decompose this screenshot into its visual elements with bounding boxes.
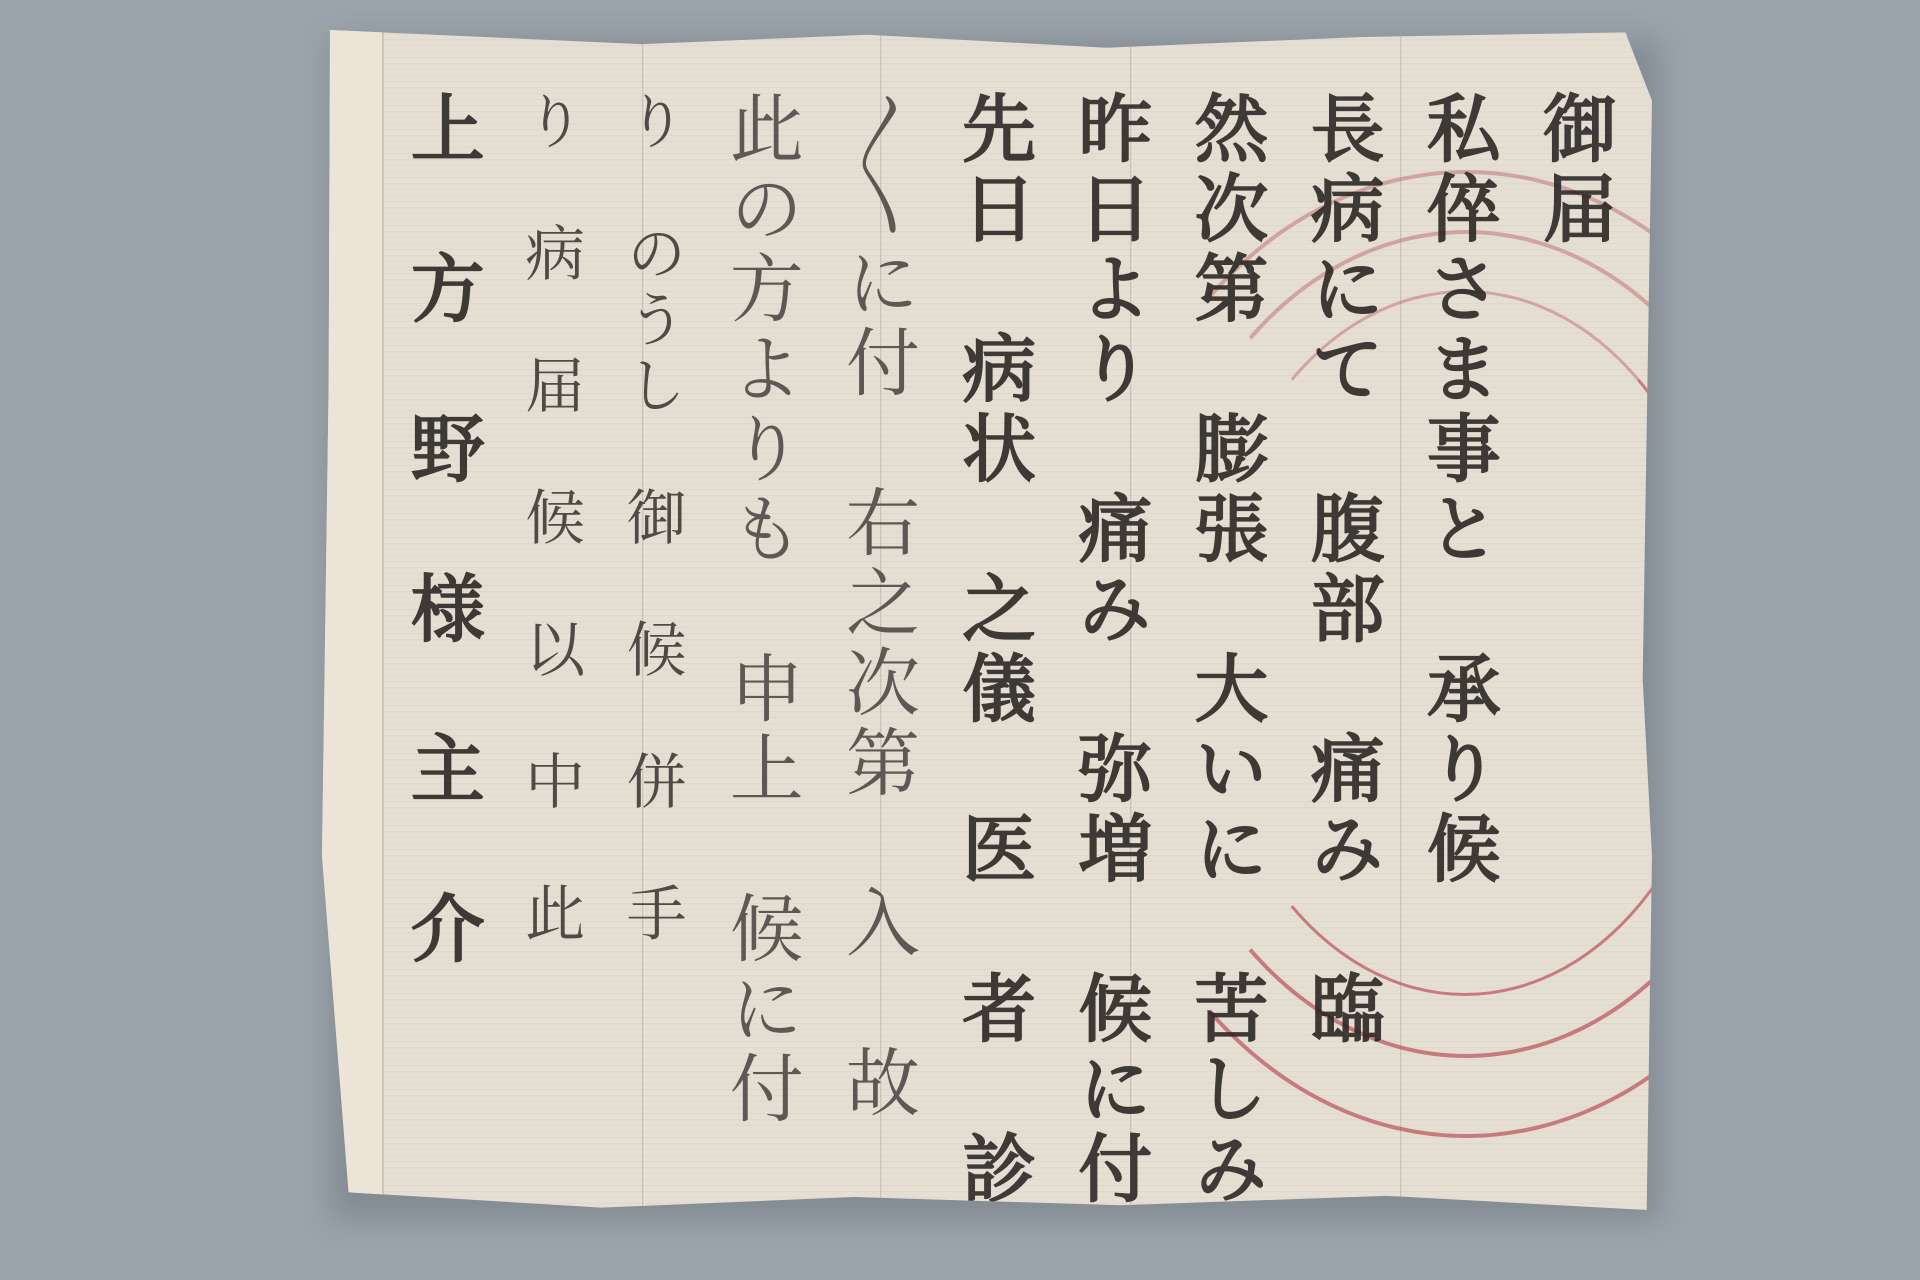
- text-column: 長病にて 腹部 痛み 臨: [1302, 90, 1380, 1150]
- text-column: 然次第 膨張 大いに 苦しみ 居り: [1186, 90, 1264, 1150]
- text-column: 御届: [1534, 90, 1612, 1150]
- text-column: り のうし 御 候 併 手: [620, 90, 683, 1150]
- text-column: 此の方よりも 申上 候に付: [721, 90, 799, 1150]
- text-column: 昨日より 痛み 弥増 候に付: [1070, 90, 1148, 1150]
- document-paper: 御届 私倅さま事と 承り候 長病にて 腹部 痛み 臨 然次第 膨張 大いに 苦し…: [322, 30, 1652, 1210]
- text-column: 私倅さま事と 承り候: [1418, 90, 1496, 1150]
- signature-column: 上 方 野 様 主 介: [402, 90, 480, 1150]
- text-columns: 御届 私倅さま事と 承り候 長病にて 腹部 痛み 臨 然次第 膨張 大いに 苦し…: [402, 90, 1612, 1150]
- text-column: 〳〵に付 右之次第 入 故: [837, 90, 915, 1150]
- text-column: り 病 届 候 以 中 此: [518, 90, 581, 1150]
- text-column: 先日 病状 之儀 医 者 診: [953, 90, 1031, 1150]
